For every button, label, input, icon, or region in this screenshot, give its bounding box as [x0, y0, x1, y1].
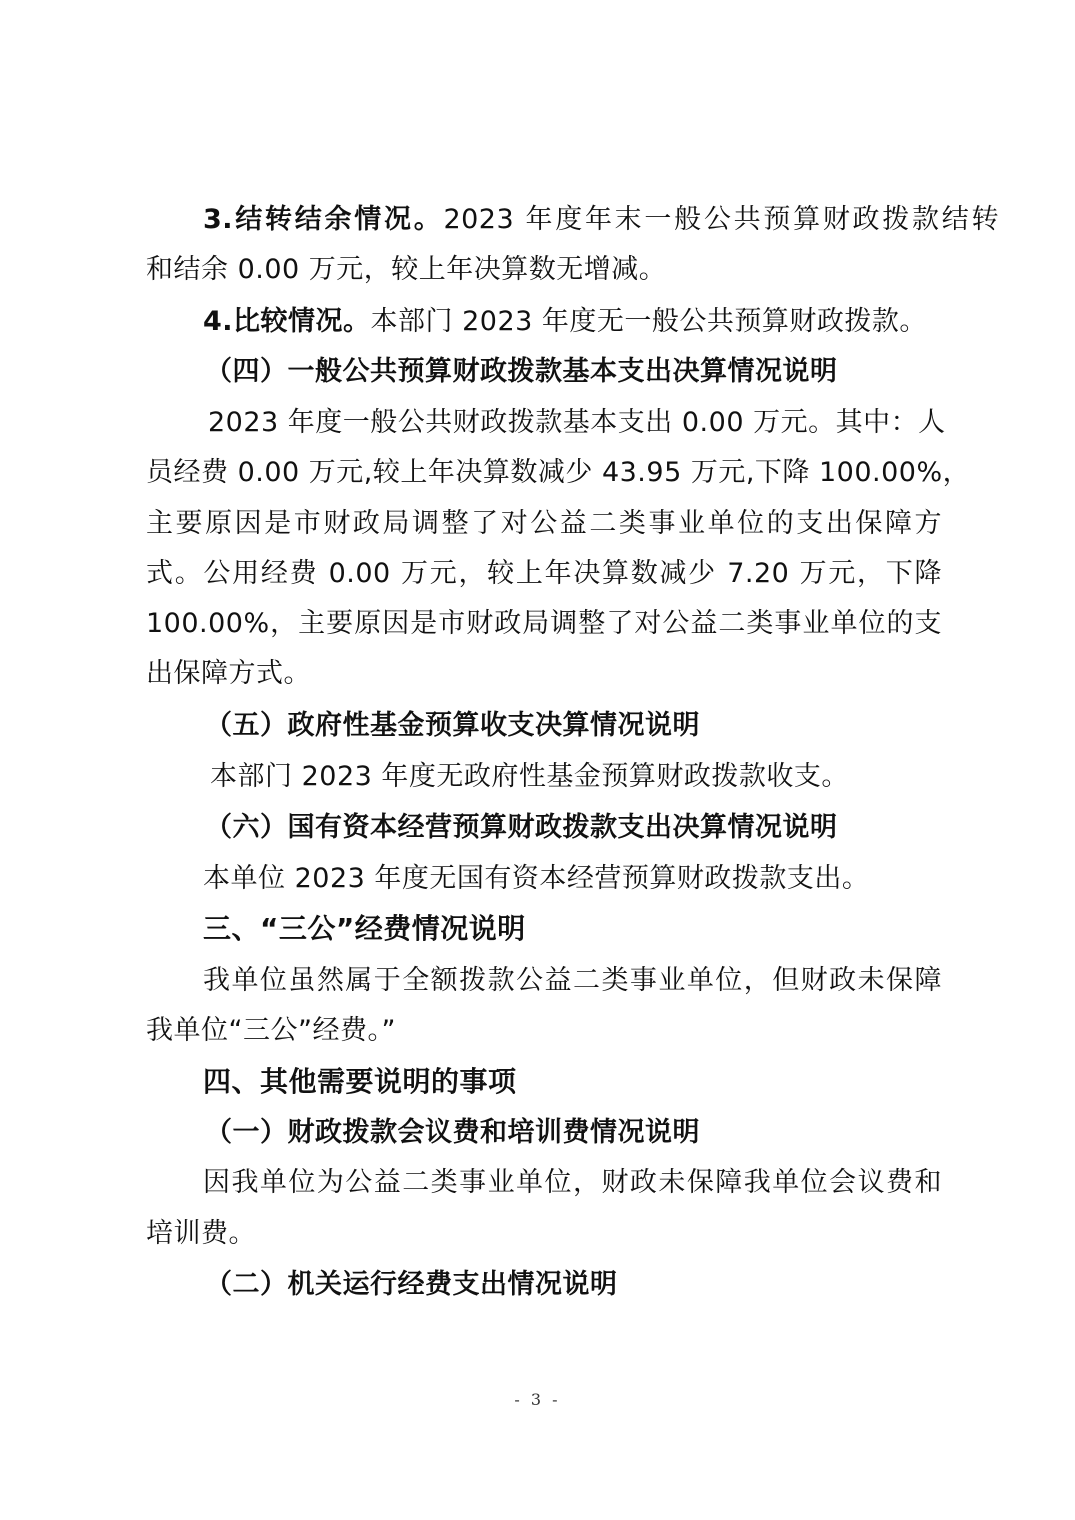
basic-expense-line-4: 式。公用经费 0.00 万元，较上年决算数减少 7.20 万元，下降 — [146, 557, 942, 591]
page-number: - 3 - — [0, 1390, 1075, 1409]
document-page: 3.结转结余情况。2023 年度年末一般公共预算财政拨款结转 和结余 0.00 … — [0, 0, 1075, 1520]
comparison-text: 本部门 2023 年度无一般公共预算财政拨款。 — [371, 306, 927, 337]
section-4-title: 四、其他需要说明的事项 — [203, 1065, 999, 1099]
paragraph-carryover-line-1: 3.结转结余情况。2023 年度年末一般公共预算财政拨款结转 — [203, 203, 999, 237]
meeting-training-line-2: 培训费。 — [146, 1217, 942, 1251]
heading-4-2: （二）机关运行经费支出情况说明 — [205, 1268, 1001, 1302]
basic-expense-line-5: 100.00%，主要原因是市财政局调整了对公益二类事业单位的支 — [146, 607, 942, 641]
meeting-training-line-1: 因我单位为公益二类事业单位，财政未保障我单位会议费和 — [203, 1166, 942, 1200]
three-public-line-2: 我单位“三公”经费。” — [146, 1014, 942, 1048]
basic-expense-line-1: 2023 年度一般公共财政拨款基本支出 0.00 万元。其中：人 — [208, 406, 942, 440]
heading-5: （五）政府性基金预算收支决算情况说明 — [205, 709, 1001, 743]
three-public-line-1: 我单位虽然属于全额拨款公益二类事业单位，但财政未保障 — [203, 964, 942, 998]
carryover-label: 3.结转结余情况。 — [203, 204, 443, 235]
comparison-label: 4.比较情况。 — [203, 306, 371, 337]
basic-expense-line-6: 出保障方式。 — [146, 657, 942, 691]
state-capital-text: 本单位 2023 年度无国有资本经营预算财政拨款支出。 — [203, 862, 999, 896]
paragraph-comparison: 4.比较情况。本部门 2023 年度无一般公共预算财政拨款。 — [203, 305, 999, 339]
gov-fund-text: 本部门 2023 年度无政府性基金预算财政拨款收支。 — [210, 760, 1006, 794]
carryover-text: 2023 年度年末一般公共预算财政拨款结转 — [443, 204, 999, 235]
basic-expense-line-3: 主要原因是市财政局调整了对公益二类事业单位的支出保障方 — [146, 507, 942, 541]
basic-expense-line-2: 员经费 0.00 万元,较上年决算数减少 43.95 万元,下降 100.00%… — [146, 456, 942, 490]
paragraph-carryover-line-2: 和结余 0.00 万元，较上年决算数无增减。 — [146, 253, 942, 287]
heading-4: （四）一般公共预算财政拨款基本支出决算情况说明 — [205, 355, 1001, 389]
heading-6: （六）国有资本经营预算财政拨款支出决算情况说明 — [205, 811, 1001, 845]
section-3-title: 三、“三公”经费情况说明 — [203, 912, 999, 946]
heading-4-1: （一）财政拨款会议费和培训费情况说明 — [205, 1116, 1001, 1150]
